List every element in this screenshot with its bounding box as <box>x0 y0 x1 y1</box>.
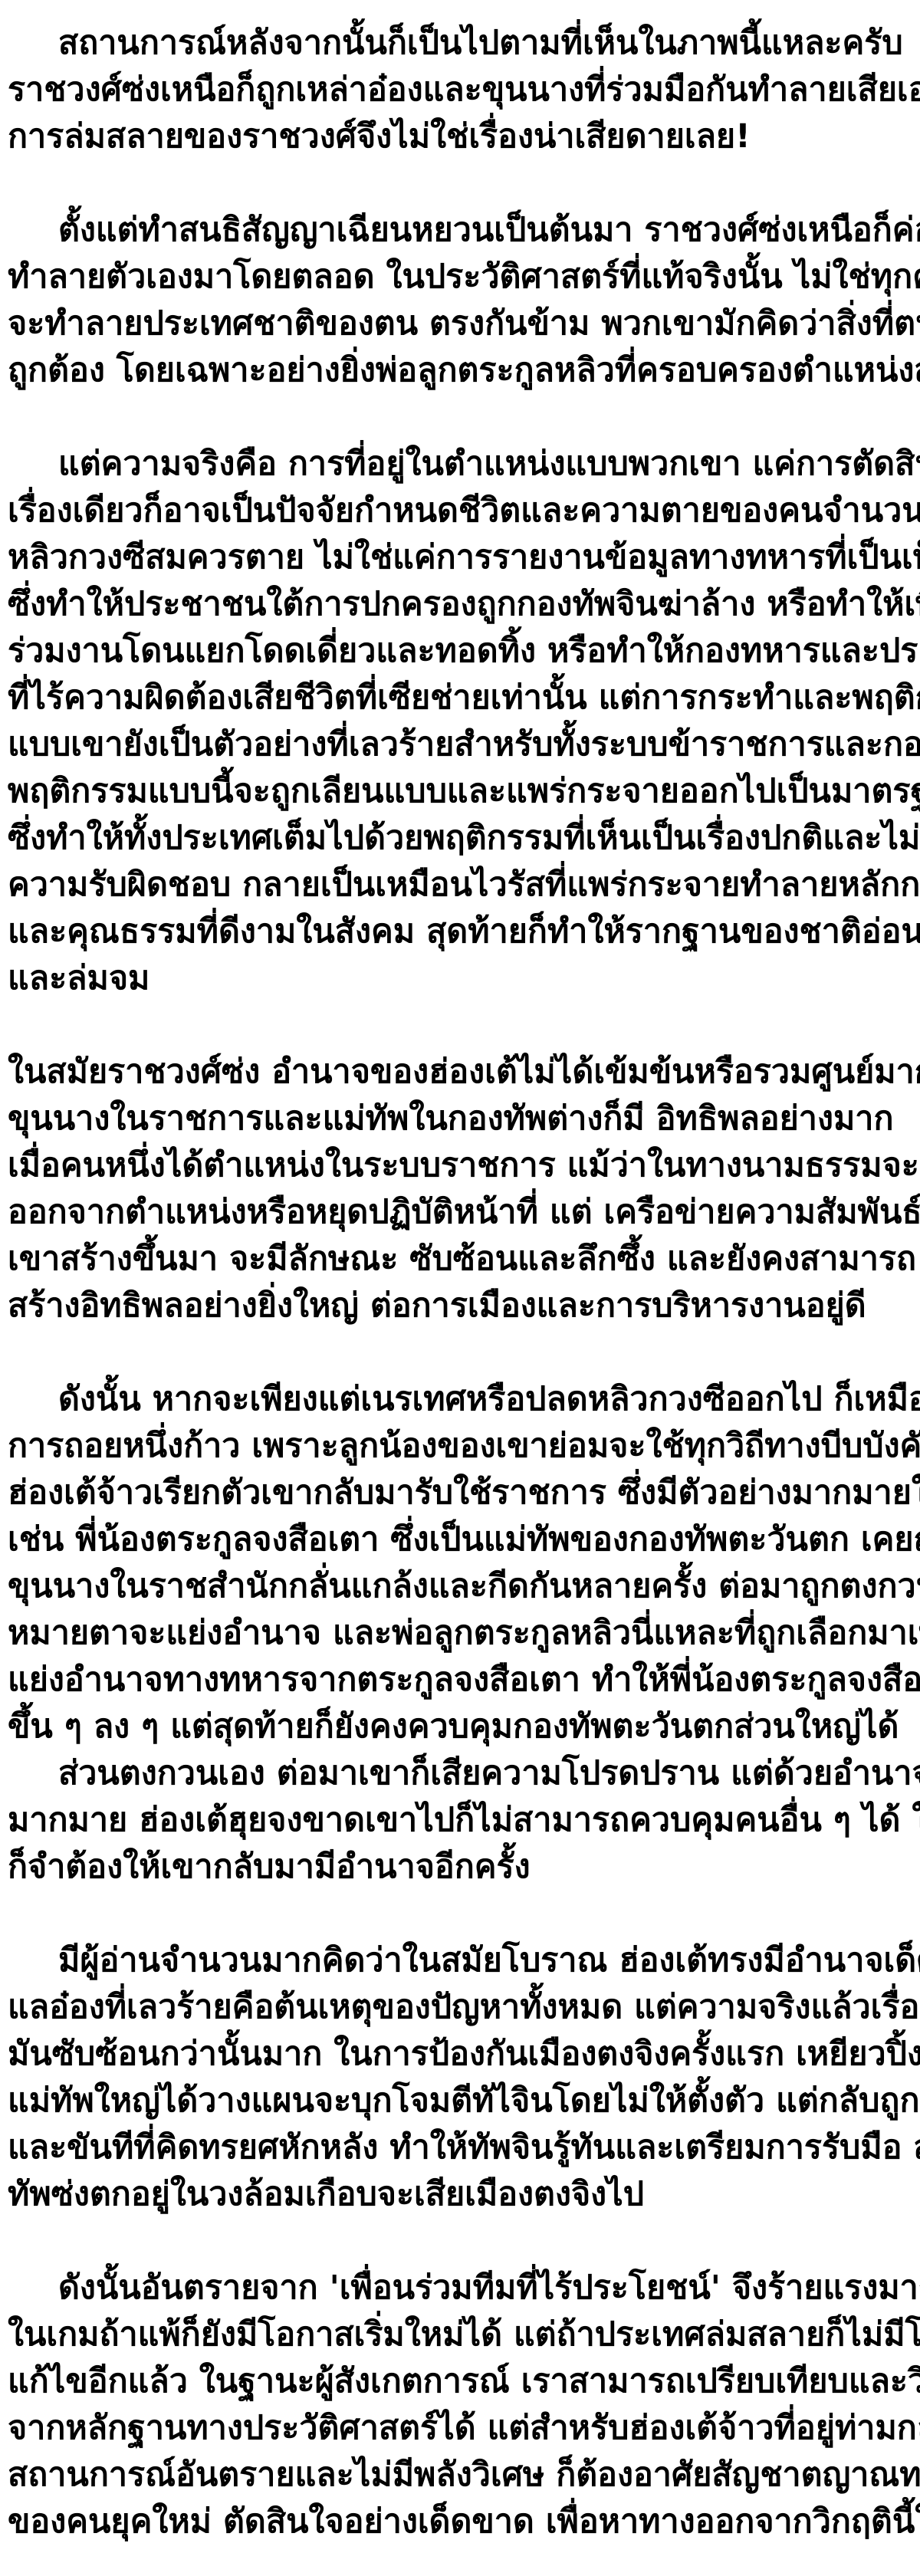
text-line: พฤติกรรมแบบนี้จะถูกเลียนแบบและแพร่กระจาย… <box>8 768 911 815</box>
text-line: หลิวกวงซีสมควรตาย ไม่ใช่แค่การรายงานข้อม… <box>8 534 911 581</box>
text-line: ในสมัยราชวงศ์ซ่ง อำนาจของฮ่องเต้ไม่ได้เข… <box>8 1049 911 1096</box>
text-line: ดังนั้น หากจะเพียงแต่เนรเทศหรือปลดหลิวกว… <box>8 1376 911 1423</box>
text-line: การล่มสลายของราชวงศ์จึงไม่ใช่เรื่องน่าเส… <box>8 113 911 160</box>
text-line: แบบเขายังเป็นตัวอย่างที่เลวร้ายสำหรับทั้… <box>8 721 911 768</box>
document-body: สถานการณ์หลังจากนั้นก็เป็นไปตามที่เห็นใน… <box>8 20 911 2545</box>
paragraph: สถานการณ์หลังจากนั้นก็เป็นไปตามที่เห็นใน… <box>8 20 911 160</box>
text-line: มีผู้อ่านจำนวนมากคิดว่าในสมัยโบราณ ฮ่องเ… <box>8 1937 911 1984</box>
text-line: ในเกมถ้าแพ้ก็ยังมีโอกาสเริ่มใหม่ได้ แต่ถ… <box>8 2311 911 2358</box>
text-line: แม่ทัพใหญ่ได้วางแผนจะบุกโจมตีทัไจินโดยไม… <box>8 2078 911 2124</box>
text-line: สถานการณ์หลังจากนั้นก็เป็นไปตามที่เห็นใน… <box>8 20 911 67</box>
text-line: ที่ไร้ความผิดต้องเสียชีวิตที่เซียช่ายเท่… <box>8 675 911 721</box>
paragraph: ดังนั้นอันตรายจาก 'เพื่อนร่วมทีมที่ไร้ปร… <box>8 2265 911 2545</box>
text-line: เรื่องเดียวก็อาจเป็นปัจจัยกำหนดชีวิตและค… <box>8 488 911 534</box>
text-line: เช่น พี่น้องตระกูลจงสือเตา ซึ่งเป็นแม่ทั… <box>8 1516 911 1563</box>
document-page: สถานการณ์หลังจากนั้นก็เป็นไปตามที่เห็นใน… <box>0 0 920 2576</box>
text-line: เมื่อคนหนึ่งได้ตำแหน่งในระบบราชการ แม้ว่… <box>8 1142 911 1189</box>
text-line: จะทำลายประเทศชาติของตน ตรงกันข้าม พวกเขา… <box>8 301 911 347</box>
text-line: แลอ๋องที่เลวร้ายคือต้นเหตุของปัญหาทั้งหม… <box>8 1984 911 2031</box>
paragraph: ตั้งแต่ทำสนธิสัญญาเฉียนหยวนเป็นต้นมา ราช… <box>8 207 911 394</box>
text-line: ขุนนางในราชการและแม่ทัพในกองทัพต่างก็มี … <box>8 1096 911 1142</box>
text-line: ความรับผิดชอบ กลายเป็นเหมือนไวรัสที่แพร่… <box>8 862 911 909</box>
text-line: และคุณธรรมที่ดีงามในสังคม สุดท้ายก็ทำให้… <box>8 909 911 955</box>
text-line: ซึ่งทำให้ประชาชนใต้การปกครองถูกกองทัพจิน… <box>8 581 911 628</box>
text-line: สถานการณ์อันตรายและไม่มีพลังวิเศษ ก็ต้อง… <box>8 2452 911 2499</box>
text-line: มันซับซ้อนกว่านั้นมาก ในการป้องกันเมืองต… <box>8 2031 911 2078</box>
text-line: แย่งอำนาจทางทหารจากตระกูลจงสือเตา ทำให้พ… <box>8 1657 911 1704</box>
text-line: การถอยหนึ่งก้าว เพราะลูกน้องของเขาย่อมจะ… <box>8 1423 911 1470</box>
text-line: ออกจากตำแหน่งหรือหยุดปฏิบัติหน้าที่ แต่ … <box>8 1189 911 1236</box>
text-line: จากหลักฐานทางประวัติศาสตร์ได้ แต่สำหรับฮ… <box>8 2405 911 2452</box>
text-line: ทำลายตัวเองมาโดยตลอด ในประวัติศาสตร์ที่แ… <box>8 254 911 301</box>
text-line: ขึ้น ๆ ลง ๆ แต่สุดท้ายก็ยังคงควบคุมกองทั… <box>8 1704 911 1750</box>
text-line: ร่วมงานโดนแยกโดดเดี่ยวและทอดทิ้ง หรือทำใ… <box>8 628 911 675</box>
text-line: และขันทีที่คิดทรยศหักหลัง ทำให้ทัพจินรู้… <box>8 2124 911 2171</box>
paragraph: ส่วนตงกวนเอง ต่อมาเขาก็เสียความโปรดปราน … <box>8 1750 911 1891</box>
text-line: สร้างอิทธิพลอย่างยิ่งใหญ่ ต่อการเมืองและ… <box>8 1283 911 1329</box>
text-line: เขาสร้างขึ้นมา จะมีลักษณะ ซับซ้อนและลึกซ… <box>8 1236 911 1283</box>
text-line: ตั้งแต่ทำสนธิสัญญาเฉียนหยวนเป็นต้นมา ราช… <box>8 207 911 254</box>
paragraph: มีผู้อ่านจำนวนมากคิดว่าในสมัยโบราณ ฮ่องเ… <box>8 1937 911 2218</box>
text-line: แต่ความจริงคือ การที่อยู่ในตำแหน่งแบบพวก… <box>8 441 911 488</box>
text-line: ของคนยุคใหม่ ตัดสินใจอย่างเด็ดขาด เพื่อห… <box>8 2499 911 2545</box>
text-line: ถูกต้อง โดยเฉพาะอย่างยิ่งพ่อลูกตระกูลหลิ… <box>8 347 911 394</box>
text-line: ส่วนตงกวนเอง ต่อมาเขาก็เสียความโปรดปราน … <box>8 1750 911 1797</box>
text-line: แก้ไขอีกแล้ว ในฐานะผู้สังเกตการณ์ เราสาม… <box>8 2358 911 2405</box>
text-line: ขุนนางในราชสำนักกลั่นแกล้งและกีดกันหลายค… <box>8 1563 911 1610</box>
text-line: ซึ่งทำให้ทั้งประเทศเต็มไปด้วยพฤติกรรมที่… <box>8 815 911 862</box>
text-line: มากมาย ฮ่องเต้ฮุยจงขาดเขาไปก็ไม่สามารถคว… <box>8 1797 911 1844</box>
paragraph: แต่ความจริงคือ การที่อยู่ในตำแหน่งแบบพวก… <box>8 441 911 1002</box>
text-line: ดังนั้นอันตรายจาก 'เพื่อนร่วมทีมที่ไร้ปร… <box>8 2265 911 2311</box>
paragraph: ในสมัยราชวงศ์ซ่ง อำนาจของฮ่องเต้ไม่ได้เข… <box>8 1049 911 1329</box>
text-line: ทัพซ่งตกอยู่ในวงล้อมเกือบจะเสียเมืองตงจิ… <box>8 2171 911 2218</box>
text-line: หมายตาจะแย่งอำนาจ และพ่อลูกตระกูลหลิวนี่… <box>8 1610 911 1657</box>
text-line: และล่มจม <box>8 955 911 1002</box>
paragraph: ดังนั้น หากจะเพียงแต่เนรเทศหรือปลดหลิวกว… <box>8 1376 911 1750</box>
text-line: ฮ่องเต้จ้าวเรียกตัวเขากลับมารับใช้ราชการ… <box>8 1470 911 1516</box>
text-line: ราชวงศ์ซ่งเหนือก็ถูกเหล่าอ๋องและขุนนางที… <box>8 67 911 113</box>
text-line: ก็จำต้องให้เขากลับมามีอำนาจอีกครั้ง <box>8 1844 911 1891</box>
